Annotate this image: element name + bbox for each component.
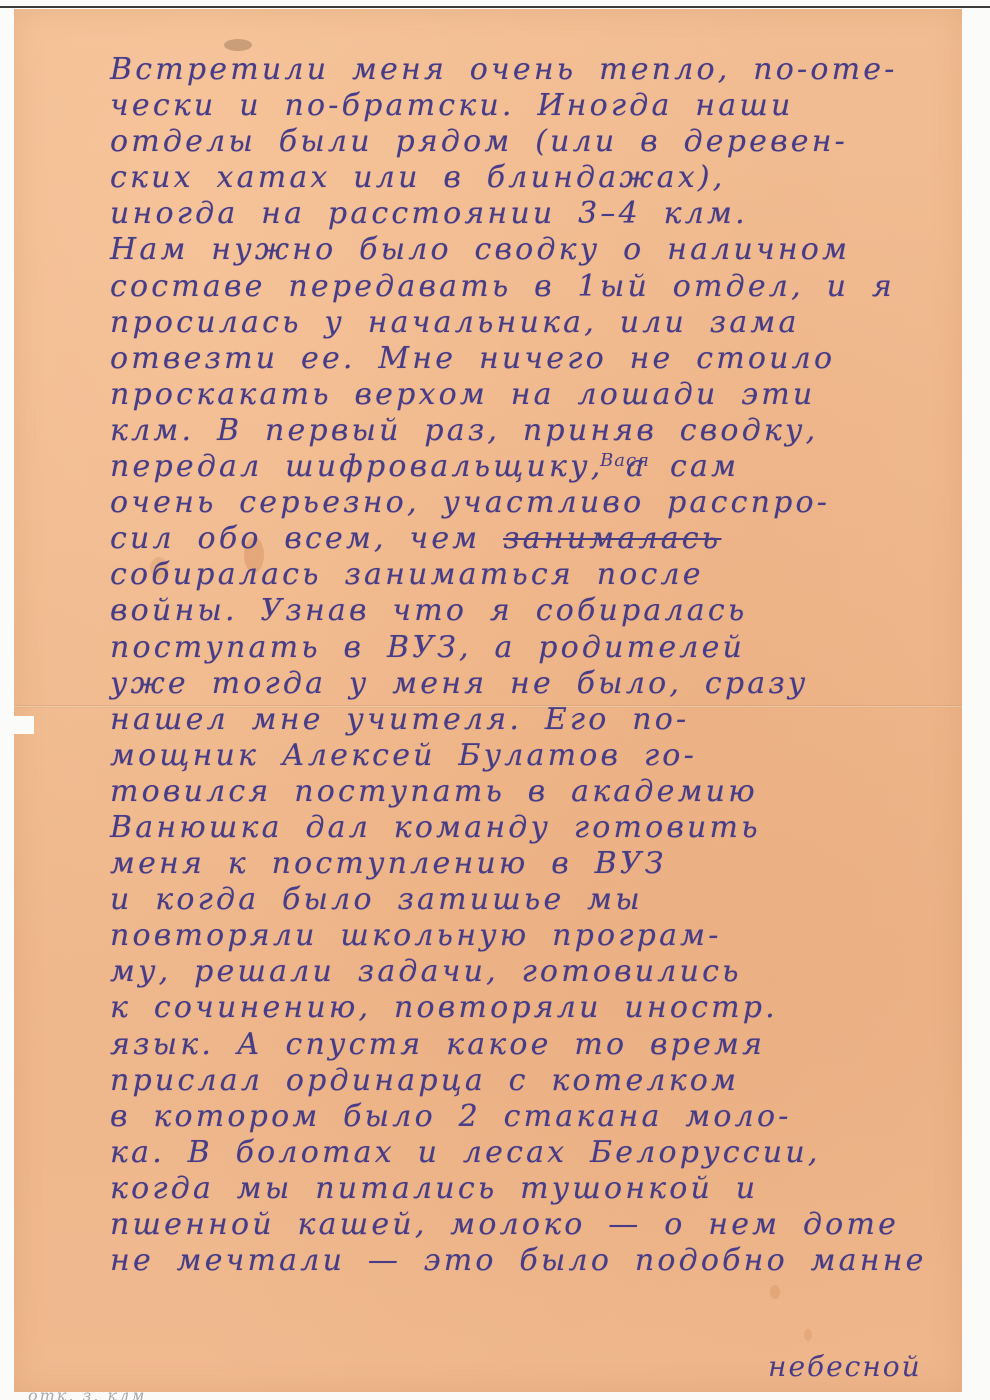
letter-line: не мечтали — это было подобно манне [110,1243,960,1279]
letter-line: отвезти ее. Мне ничего не стоило [110,341,960,377]
paper-stain [804,1329,812,1341]
letter-line: язык. А спустя какое то время [110,1027,960,1063]
closing-word: небесной [768,1350,922,1383]
letter-line: отделы были рядом (или в деревен- [110,124,960,160]
scanned-letter-page: Вася Встретили меня очень тепло, по-оте-… [0,0,990,1400]
letter-line: уже тогда у меня не было, сразу [110,666,960,702]
scanner-edge-line [0,6,990,8]
letter-line: составе передавать в 1ый отдел, и я [110,269,960,305]
letter-line: в котором было 2 стакана моло- [110,1099,960,1135]
letter-line: собиралась заниматься после [110,557,960,593]
letter-line-with-strikethrough: сил обо всем, чем занималась [110,521,960,557]
letter-line: проскакать верхом на лошади эти [110,377,960,413]
paper-tear-notch [12,716,34,734]
letter-line: к сочинению, повторяли иностр. [110,990,960,1026]
letter-line: войны. Узнав что я собиралась [110,593,960,629]
letter-line: нашел мне учителя. Его по- [110,702,960,738]
letter-line: прислал ординарца с котелком [110,1063,960,1099]
letter-line: меня к поступлению в ВУЗ [110,846,960,882]
letter-line: Ванюшка дал команду готовить [110,810,960,846]
letter-line: чески и по-братски. Иногда наши [110,88,960,124]
letter-line: просилась у начальника, или зама [110,305,960,341]
paper-stain [224,39,252,51]
letter-line: очень серьезно, участливо расспро- [110,485,960,521]
paper-stain [770,1285,780,1299]
letter-line: мощник Алексей Булатов го- [110,738,960,774]
letter-line: когда мы питались тушонкой и [110,1171,960,1207]
letter-line: поступать в ВУЗ, а родителей [110,630,960,666]
letter-line: повторяли школьную програм- [110,918,960,954]
letter-line: ских хатах или в блиндажах), [110,160,960,196]
letter-line: передал шифровальщику, а сам [110,449,960,485]
faint-bleed-through-text: отк. з. клм [28,1386,146,1400]
letter-line: иногда на расстоянии 3–4 клм. [110,196,960,232]
handwritten-letter-body: Встретили меня очень тепло, по-оте- ческ… [110,52,960,1279]
letter-line: му, решали задачи, готовились [110,954,960,990]
letter-line: пшенной кашей, молоко — о нем доте [110,1207,960,1243]
letter-line: товился поступать в академию [110,774,960,810]
letter-line: ка. В болотах и лесах Белоруссии, [110,1135,960,1171]
letter-line: клм. В первый раз, приняв сводку, [110,413,960,449]
letter-line-text: сил обо всем, чем [110,521,503,556]
letter-line: Нам нужно было сводку о наличном [110,232,960,268]
letter-line: и когда было затишье мы [110,882,960,918]
struck-word: занималась [503,521,721,556]
letter-line: Встретили меня очень тепло, по-оте- [110,52,960,88]
